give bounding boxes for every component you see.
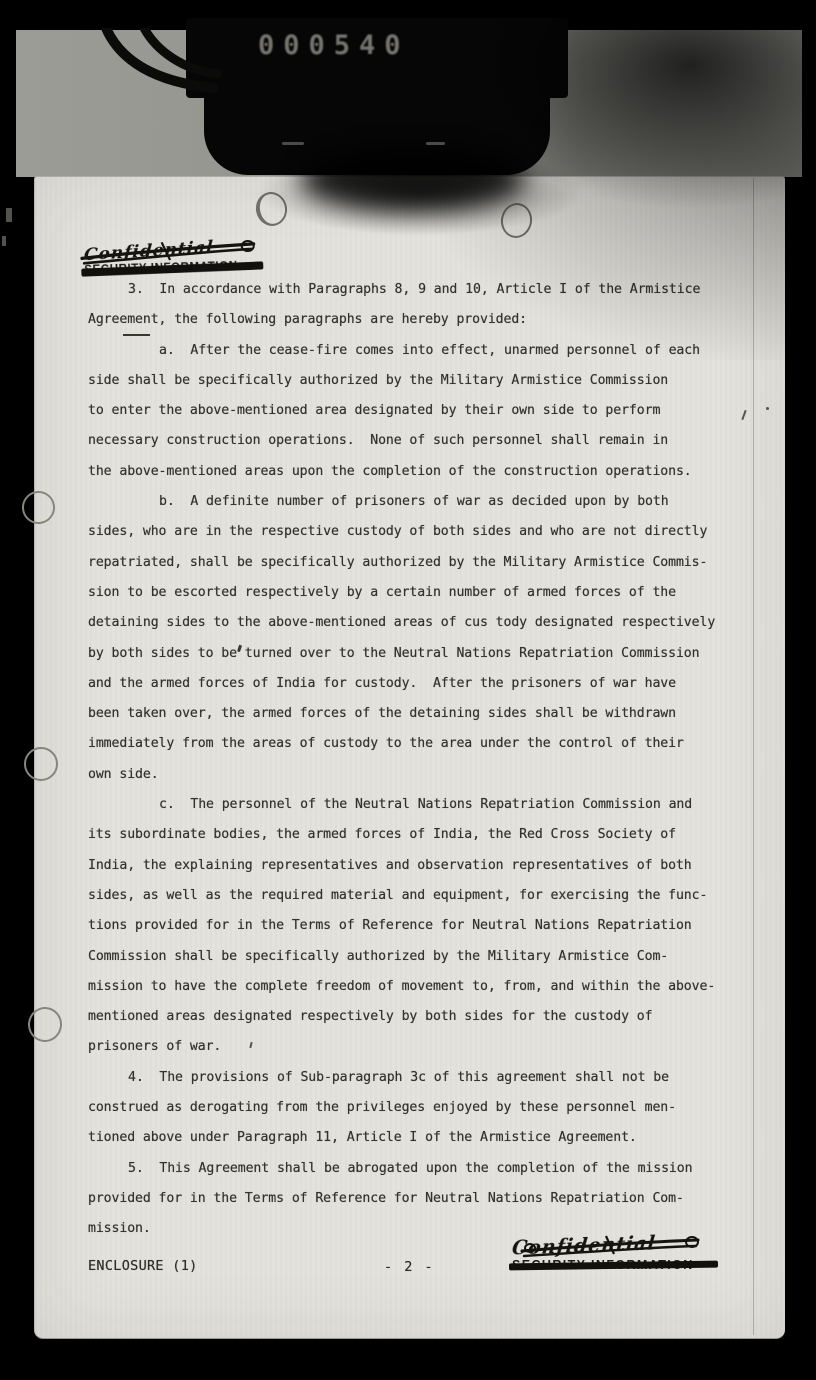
classification-stamp-top: Confidential SECURITY INFORMATION [84,238,263,277]
text-line: by both sides to be turned over to the N… [88,646,738,676]
underline-pen-mark [123,334,150,336]
footer-enclosure-label: ENCLOSURE (1) [88,1258,198,1274]
footer-page-number: - 2 - [384,1259,435,1275]
text-line: India, the explaining representatives an… [88,858,738,888]
page-crease-line [753,178,754,1335]
text-line: tions provided for in the Terms of Refer… [88,918,738,948]
strikethrough-scribble-icon [506,1234,718,1258]
text-line: Agreement, the following paragraphs are … [88,312,738,342]
text-line: repatriated, shall be specifically autho… [88,555,738,585]
text-line: side shall be specifically authorized by… [88,373,738,403]
document-body-text: 3. In accordance with Paragraphs 8, 9 an… [88,282,738,1252]
text-line: tioned above under Paragraph 11, Article… [88,1130,738,1160]
text-line: the above-mentioned areas upon the compl… [88,464,738,494]
margin-hole-middle [24,747,58,781]
dot-pen-mark [766,407,769,410]
text-line: Commission shall be specifically authori… [88,949,738,979]
text-line: its subordinate bodies, the armed forces… [88,827,738,857]
text-line: 5. This Agreement shall be abrogated upo… [88,1161,738,1191]
device-shadow-blob [300,148,525,210]
text-line: sion to be escorted respectively by a ce… [88,585,738,615]
text-line: own side. [88,767,738,797]
text-line: sides, as well as the required material … [88,888,738,918]
security-information-stamp: SECURITY INFORMATION [512,1258,717,1272]
edge-speck [2,236,6,246]
text-line: mission to have the complete freedom of … [88,979,738,1009]
counter-cable-lines [92,28,222,106]
text-line: and the armed forces of India for custod… [88,676,738,706]
classification-stamp-bottom: Confidential SECURITY INFORMATION [512,1234,717,1272]
text-line: a. After the cease-fire comes into effec… [88,343,738,373]
text-line: immediately from the areas of custody to… [88,736,738,766]
text-line: been taken over, the armed forces of the… [88,706,738,736]
text-line: provided for in the Terms of Reference f… [88,1191,738,1221]
edge-speck [6,208,12,222]
scanned-document-photo: 000540 Confidential SECURITY INFORMATION… [0,0,816,1380]
text-line: to enter the above-mentioned area design… [88,403,738,433]
text-line: construed as derogating from the privile… [88,1100,738,1130]
text-line: 4. The provisions of Sub-paragraph 3c of… [88,1070,738,1100]
text-line: mentioned areas designated respectively … [88,1009,738,1039]
text-line: c. The personnel of the Neutral Nations … [88,797,738,827]
counter-digits: 000540 [258,30,410,61]
text-line: b. A definite number of prisoners of war… [88,494,738,524]
device-highlight-dash [282,142,304,145]
text-line: necessary construction operations. None … [88,433,738,463]
text-line: sides, who are in the respective custody… [88,524,738,554]
device-highlight-dash [426,142,445,145]
text-line: prisoners of war. [88,1039,738,1069]
text-line: 3. In accordance with Paragraphs 8, 9 an… [88,282,738,312]
text-line: detaining sides to the above-mentioned a… [88,615,738,645]
